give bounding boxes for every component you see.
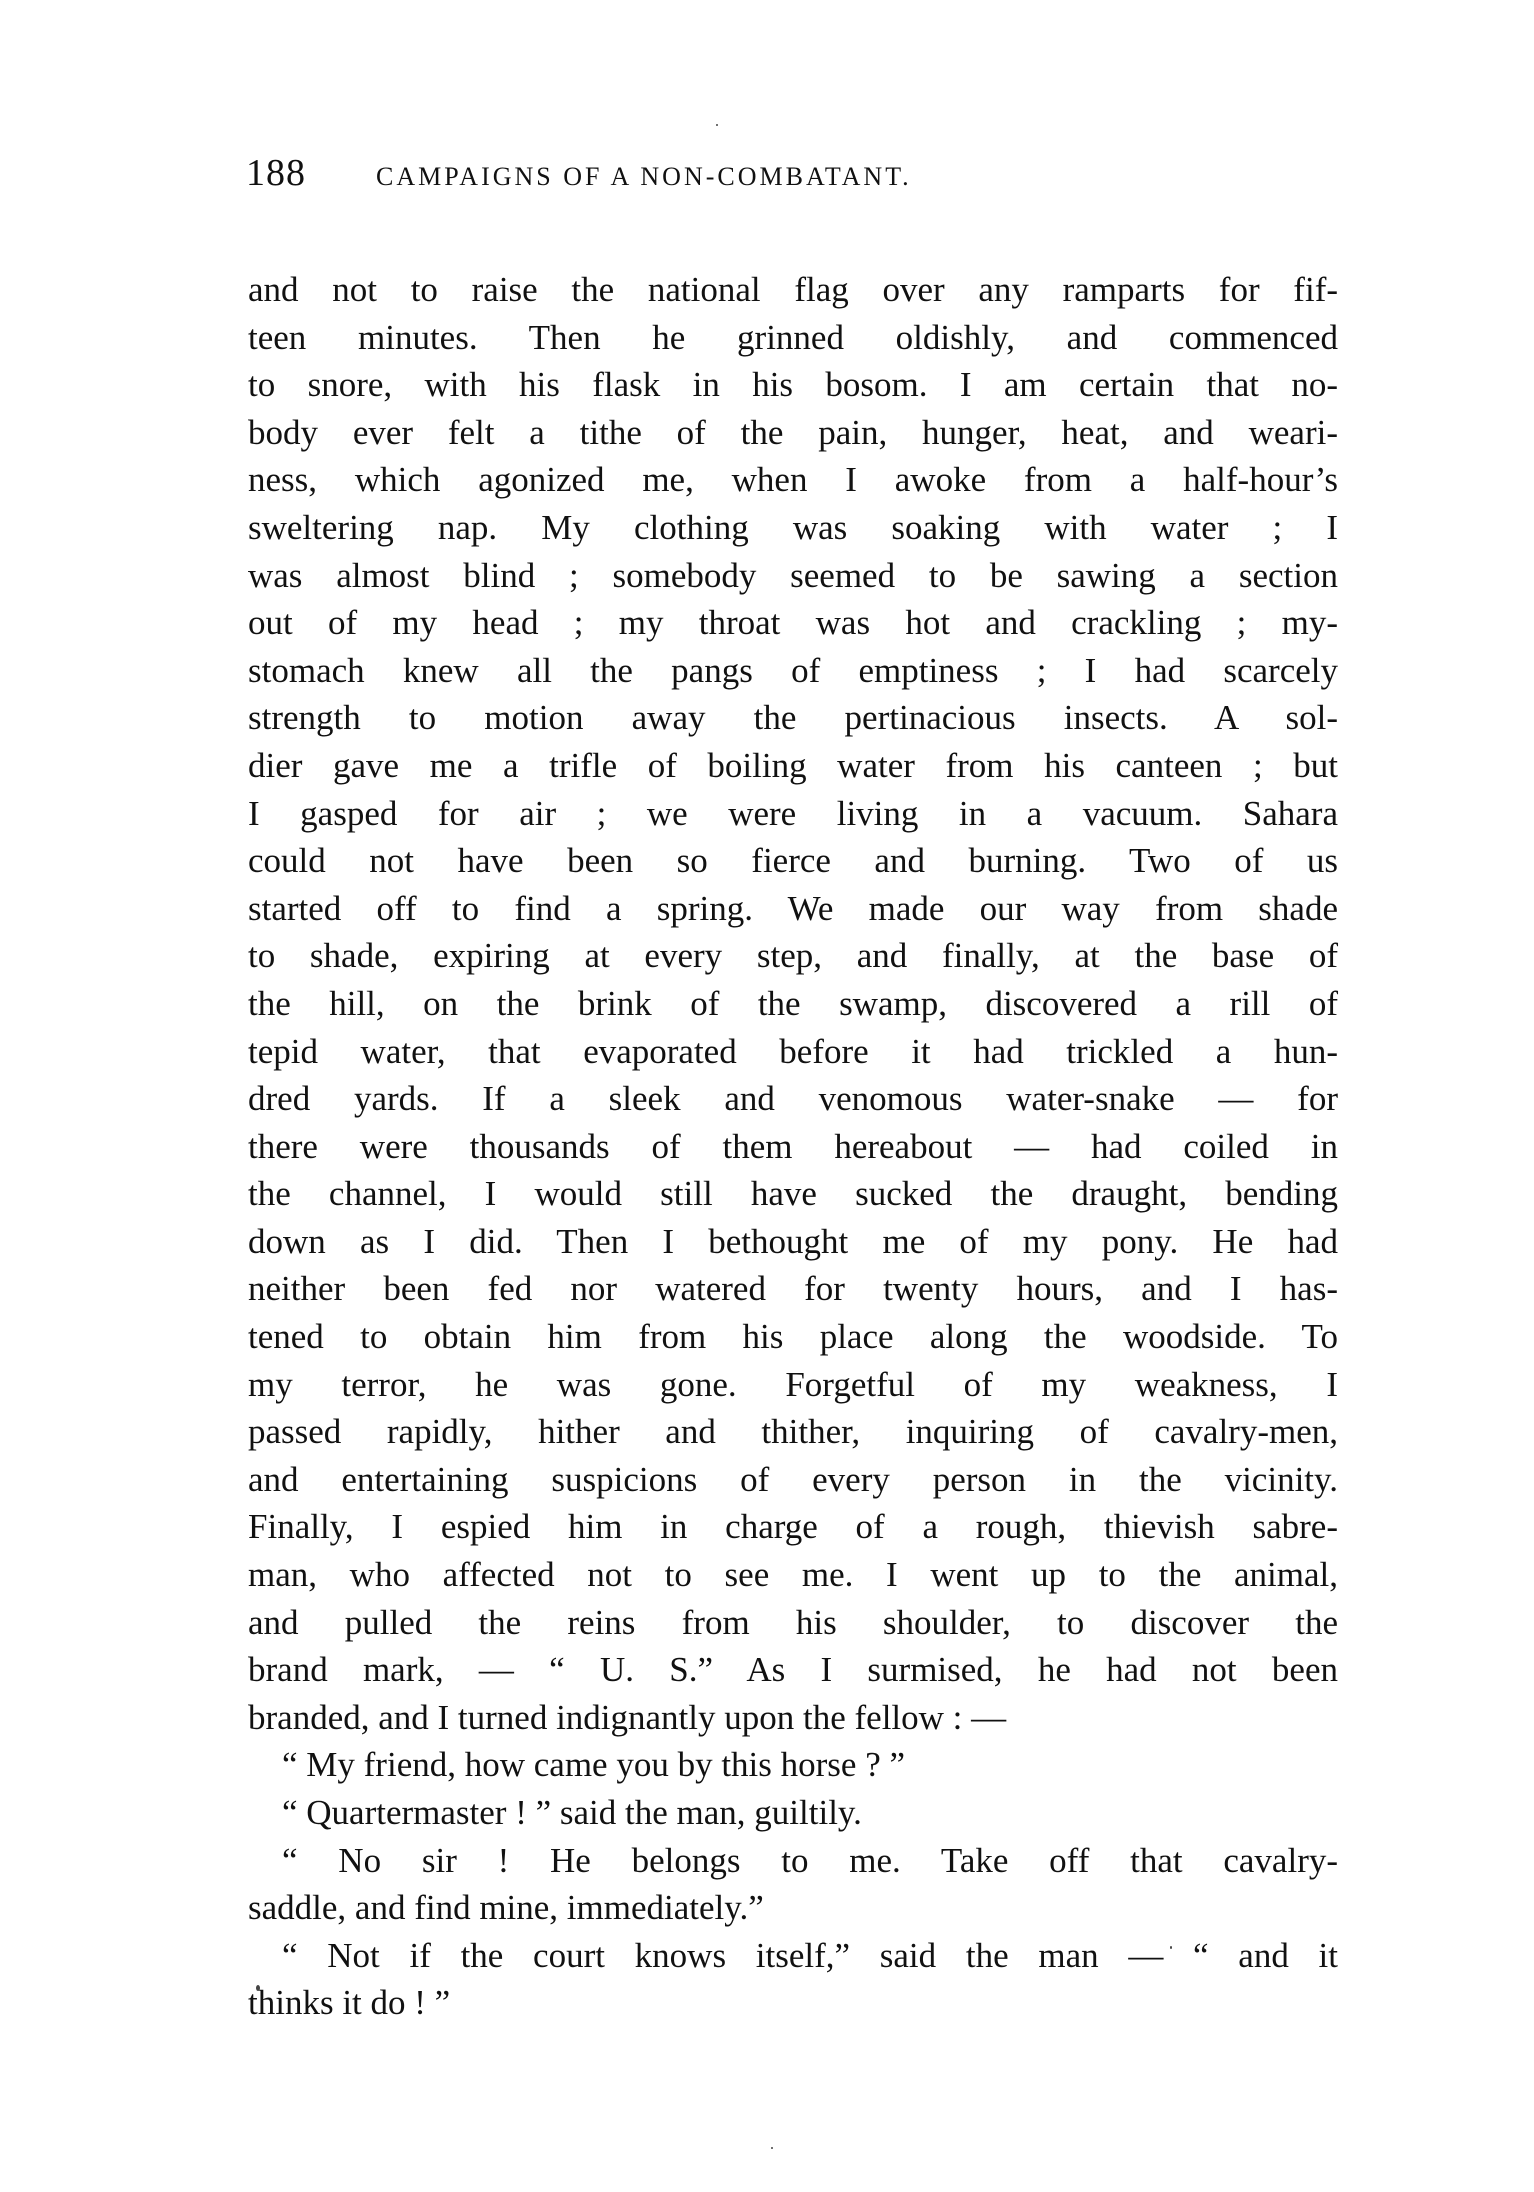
- text-line: teen minutes. Then he grinned oldishly, …: [248, 314, 1338, 362]
- text-line: saddle, and find mine, immediately.”: [248, 1884, 1338, 1932]
- dialogue-line: “ Quartermaster ! ” said the man, guilti…: [248, 1789, 1338, 1837]
- dialogue-line: “ Not if the court knows itself,” said t…: [248, 1932, 1338, 1980]
- text-line: dred yards. If a sleek and venomous wate…: [248, 1075, 1338, 1123]
- scan-speck: [716, 124, 718, 126]
- text-line: thinks it do ! ”: [248, 1979, 1338, 2027]
- page-number: 188: [246, 148, 306, 198]
- text-line: sweltering nap. My clothing was soaking …: [248, 504, 1338, 552]
- text-line: Finally, I espied him in charge of a rou…: [248, 1503, 1338, 1551]
- text-line: stomach knew all the pangs of emptiness …: [248, 647, 1338, 695]
- text-line: tepid water, that evaporated before it h…: [248, 1028, 1338, 1076]
- body-text: and not to raise the national flag over …: [248, 266, 1338, 2027]
- scan-speck: [1170, 1946, 1172, 1949]
- text-line: branded, and I turned indignantly upon t…: [248, 1694, 1338, 1742]
- text-line: there were thousands of them hereabout —…: [248, 1123, 1338, 1171]
- text-line: and not to raise the national flag over …: [248, 266, 1338, 314]
- running-header: 188 CAMPAIGNS OF A NON-COMBATANT.: [246, 148, 1346, 198]
- text-line: my terror, he was gone. Forgetful of my …: [248, 1361, 1338, 1409]
- text-line: man, who affected not to see me. I went …: [248, 1551, 1338, 1599]
- text-line: started off to find a spring. We made ou…: [248, 885, 1338, 933]
- text-line: and entertaining suspicions of every per…: [248, 1456, 1338, 1504]
- text-line: down as I did. Then I bethought me of my…: [248, 1218, 1338, 1266]
- text-line: strength to motion away the pertinacious…: [248, 694, 1338, 742]
- text-line: dier gave me a trifle of boiling water f…: [248, 742, 1338, 790]
- text-line: was almost blind ; somebody seemed to be…: [248, 552, 1338, 600]
- text-line: and pulled the reins from his shoulder, …: [248, 1599, 1338, 1647]
- text-line: to snore, with his flask in his bosom. I…: [248, 361, 1338, 409]
- text-line: neither been fed nor watered for twenty …: [248, 1265, 1338, 1313]
- text-line: I gasped for air ; we were living in a v…: [248, 790, 1338, 838]
- running-title: CAMPAIGNS OF A NON-COMBATANT.: [376, 152, 912, 202]
- text-line: the channel, I would still have sucked t…: [248, 1170, 1338, 1218]
- text-line: out of my head ; my throat was hot and c…: [248, 599, 1338, 647]
- scan-speck: [256, 1985, 260, 1991]
- text-line: brand mark, — “ U. S.” As I surmised, he…: [248, 1646, 1338, 1694]
- scan-speck: [771, 2147, 773, 2149]
- text-line: tened to obtain him from his place along…: [248, 1313, 1338, 1361]
- text-line: body ever felt a tithe of the pain, hung…: [248, 409, 1338, 457]
- dialogue-line: “ My friend, how came you by this horse …: [248, 1741, 1338, 1789]
- dialogue-line: “ No sir ! He belongs to me. Take off th…: [248, 1837, 1338, 1885]
- book-page: 188 CAMPAIGNS OF A NON-COMBATANT. and no…: [0, 0, 1534, 2192]
- text-line: could not have been so fierce and burnin…: [248, 837, 1338, 885]
- text-line: to shade, expiring at every step, and fi…: [248, 932, 1338, 980]
- text-line: ness, which agonized me, when I awoke fr…: [248, 456, 1338, 504]
- text-line: passed rapidly, hither and thither, inqu…: [248, 1408, 1338, 1456]
- text-line: the hill, on the brink of the swamp, dis…: [248, 980, 1338, 1028]
